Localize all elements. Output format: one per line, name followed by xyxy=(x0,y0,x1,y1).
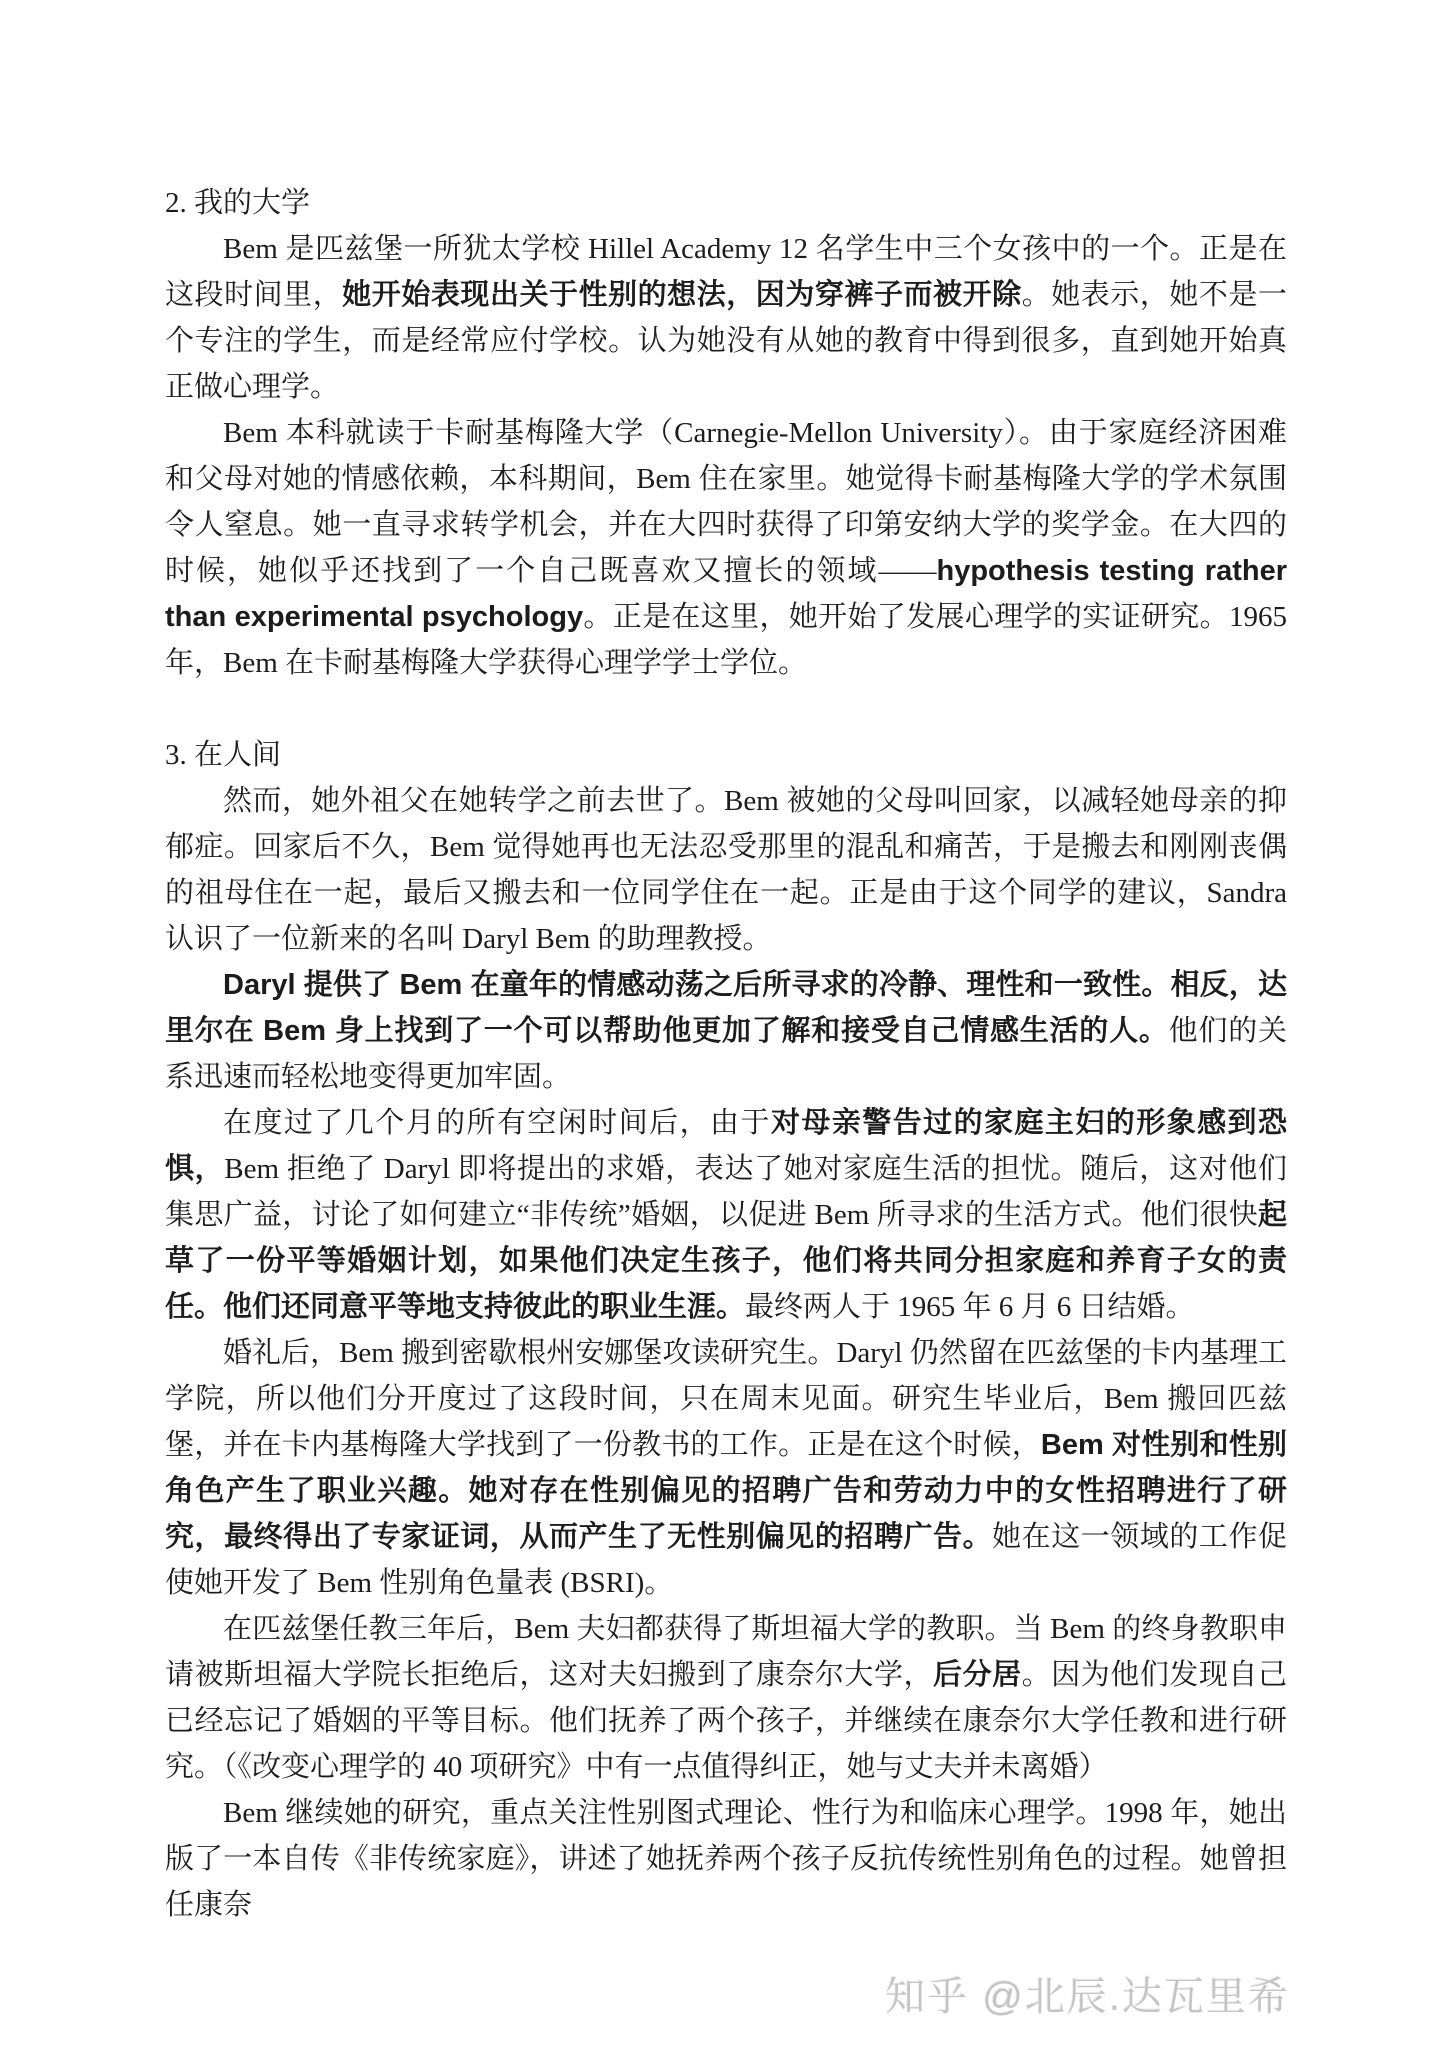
paragraph: Bem 继续她的研究，重点关注性别图式理论、性行为和临床心理学。1998 年，她… xyxy=(165,1790,1287,1928)
document-content: 2. 我的大学 Bem 是匹兹堡一所犹太学校 Hillel Academy 12… xyxy=(165,180,1287,1928)
section-my-university: 2. 我的大学 Bem 是匹兹堡一所犹太学校 Hillel Academy 12… xyxy=(165,180,1287,686)
paragraph: 然而，她外祖父在她转学之前去世了。Bem 被她的父母叫回家，以减轻她母亲的抑郁症… xyxy=(165,778,1287,962)
document-page: 2. 我的大学 Bem 是匹兹堡一所犹太学校 Hillel Academy 12… xyxy=(0,0,1448,2048)
bold-text-run: 她开始表现出关于性别的想法，因为穿裤子而被开除 xyxy=(342,279,1021,311)
section-heading-my-university: 2. 我的大学 xyxy=(165,180,1287,226)
bold-text-run: Daryl 提供了 Bem 在童年的情感动荡之后所寻求的冷静、理性和一致性。相反… xyxy=(165,969,1287,1047)
text-run: Bem 拒绝了 Daryl 即将提出的求婚，表达了她对家庭生活的担忧。随后，这对… xyxy=(165,1153,1287,1231)
paragraph: Daryl 提供了 Bem 在童年的情感动荡之后所寻求的冷静、理性和一致性。相反… xyxy=(165,962,1287,1100)
zhihu-watermark: 知乎 @北辰.达瓦里希 xyxy=(885,1965,1290,2022)
paragraph: 婚礼后，Bem 搬到密歇根州安娜堡攻读研究生。Daryl 仍然留在匹兹堡的卡内基… xyxy=(165,1330,1287,1606)
paragraph: Bem 是匹兹堡一所犹太学校 Hillel Academy 12 名学生中三个女… xyxy=(165,226,1287,410)
text-run: Bem 继续她的研究，重点关注性别图式理论、性行为和临床心理学。1998 年，她… xyxy=(165,1797,1287,1921)
section-in-the-world: 3. 在人间 然而，她外祖父在她转学之前去世了。Bem 被她的父母叫回家，以减轻… xyxy=(165,732,1287,1928)
paragraph: Bem 本科就读于卡耐基梅隆大学（Carnegie-Mellon Univers… xyxy=(165,410,1287,686)
bold-text-run: 后分居 xyxy=(933,1659,1022,1691)
paragraph: 在度过了几个月的所有空闲时间后，由于对母亲警告过的家庭主妇的形象感到恐惧，Bem… xyxy=(165,1100,1287,1330)
text-run: 在度过了几个月的所有空闲时间后，由于 xyxy=(223,1107,771,1139)
paragraph: 在匹兹堡任教三年后，Bem 夫妇都获得了斯坦福大学的教职。当 Bem 的终身教职… xyxy=(165,1606,1287,1790)
text-run: 然而，她外祖父在她转学之前去世了。Bem 被她的父母叫回家，以减轻她母亲的抑郁症… xyxy=(165,785,1287,955)
section-heading-in-the-world: 3. 在人间 xyxy=(165,732,1287,778)
text-run: 最终两人于 1965 年 6 月 6 日结婚。 xyxy=(745,1291,1195,1323)
